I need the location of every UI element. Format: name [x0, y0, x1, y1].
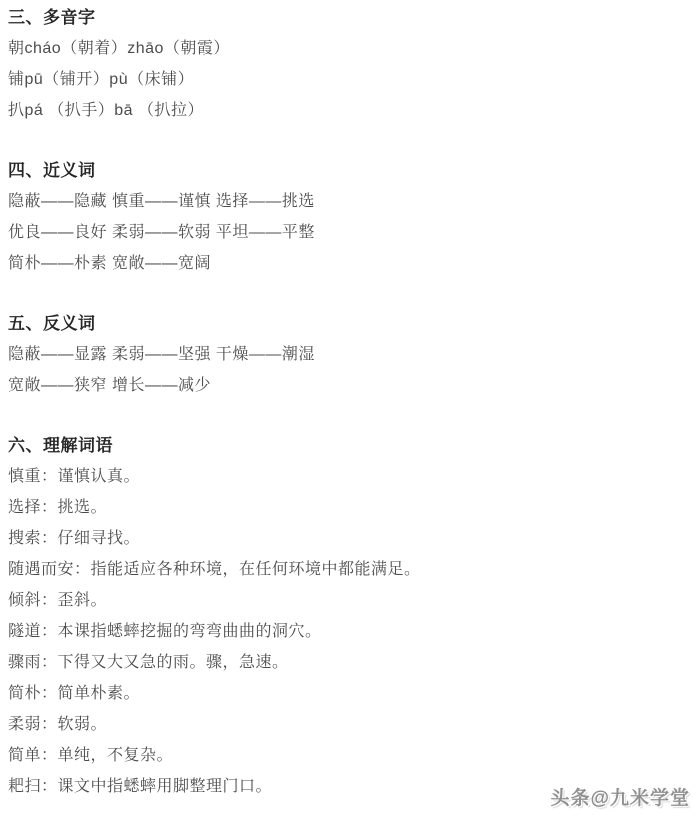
synonym-line: 简朴——朴素 宽敞——宽阔 — [8, 248, 686, 279]
polyphonic-line: 朝cháo（朝着）zhāo（朝霞） — [8, 33, 686, 64]
definition-line: 随遇而安：指能适应各种环境，在任何环境中都能满足。 — [8, 554, 686, 585]
section-heading-polyphonic: 三、多音字 — [8, 2, 686, 33]
definition-line: 隧道：本课指蟋蟀挖掘的弯弯曲曲的洞穴。 — [8, 616, 686, 647]
study-notes-document: 三、多音字 朝cháo（朝着）zhāo（朝霞） 铺pū（铺开）pù（床铺） 扒p… — [0, 0, 696, 802]
definition-line: 搜索：仔细寻找。 — [8, 523, 686, 554]
definition-line: 慎重：谨慎认真。 — [8, 461, 686, 492]
section-antonyms: 五、反义词 隐蔽——显露 柔弱——坚强 干燥——潮湿 宽敞——狭窄 增长——减少 — [8, 308, 686, 401]
synonym-line: 隐蔽——隐藏 慎重——谨慎 选择——挑选 — [8, 186, 686, 217]
section-heading-definitions: 六、理解词语 — [8, 430, 686, 461]
antonym-line: 宽敞——狭窄 增长——减少 — [8, 370, 686, 401]
definition-line: 柔弱：软弱。 — [8, 709, 686, 740]
section-heading-antonyms: 五、反义词 — [8, 308, 686, 339]
definition-line: 选择：挑选。 — [8, 492, 686, 523]
definition-line: 倾斜：歪斜。 — [8, 585, 686, 616]
section-heading-synonyms: 四、近义词 — [8, 155, 686, 186]
definition-line: 简朴：简单朴素。 — [8, 678, 686, 709]
polyphonic-line: 铺pū（铺开）pù（床铺） — [8, 64, 686, 95]
definition-line: 简单：单纯，不复杂。 — [8, 740, 686, 771]
definition-line: 骤雨：下得又大又急的雨。骤，急速。 — [8, 647, 686, 678]
polyphonic-line: 扒pá （扒手）bā （扒拉） — [8, 95, 686, 126]
toutiao-watermark: 头条@九米学堂 — [550, 783, 690, 810]
antonym-line: 隐蔽——显露 柔弱——坚强 干燥——潮湿 — [8, 339, 686, 370]
section-polyphonic-characters: 三、多音字 朝cháo（朝着）zhāo（朝霞） 铺pū（铺开）pù（床铺） 扒p… — [8, 2, 686, 126]
section-synonyms: 四、近义词 隐蔽——隐藏 慎重——谨慎 选择——挑选 优良——良好 柔弱——软弱… — [8, 155, 686, 279]
section-word-definitions: 六、理解词语 慎重：谨慎认真。 选择：挑选。 搜索：仔细寻找。 随遇而安：指能适… — [8, 430, 686, 802]
synonym-line: 优良——良好 柔弱——软弱 平坦——平整 — [8, 217, 686, 248]
